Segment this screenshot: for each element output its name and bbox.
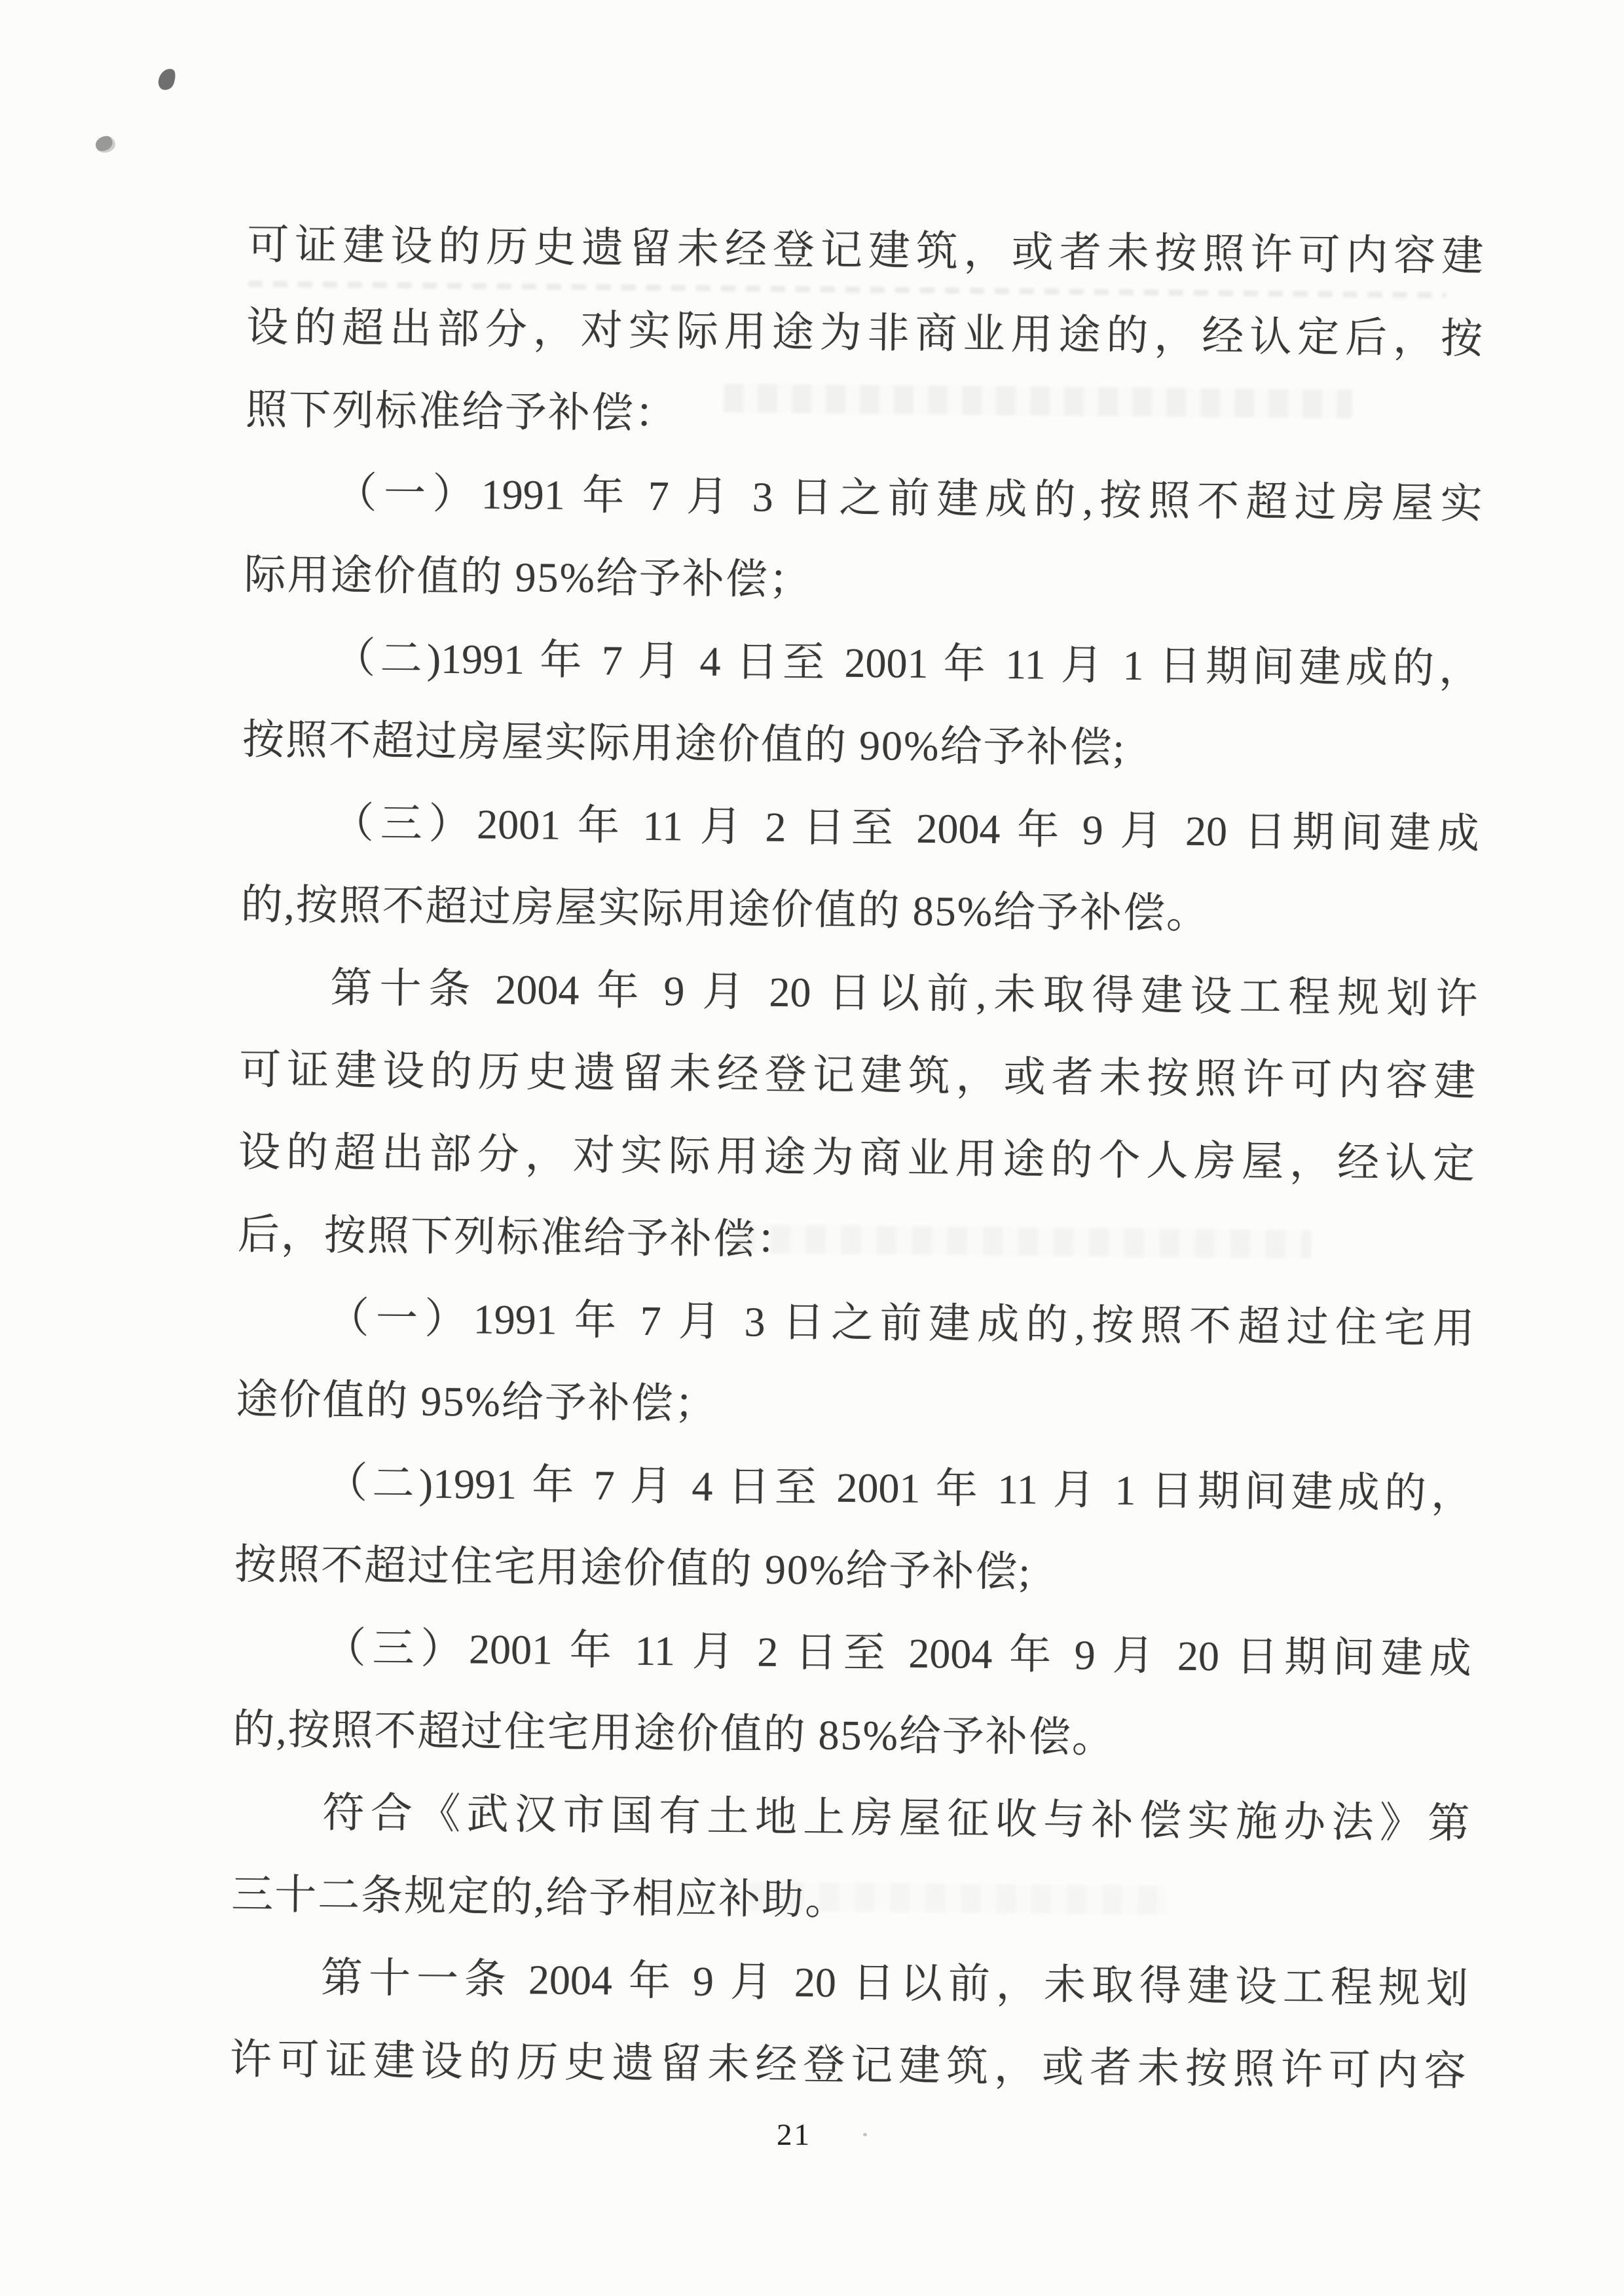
text-line: 按照不超过房屋实际用途价值的 90%给予补偿; — [242, 699, 1481, 793]
text-line: 际用途价值的 95%给予补偿； — [244, 534, 1482, 628]
ink-speck — [156, 66, 178, 92]
text-line: 途价值的 95%给予补偿； — [236, 1358, 1474, 1453]
text-line: 三十二条规定的,给予相应补助。 — [231, 1853, 1469, 1948]
text-line: 第十一条 2004 年 9 月 20 日以前，未取得建设工程规划 — [230, 1936, 1468, 2030]
text-line: 第十条 2004 年 9 月 20 日以前,未取得建设工程规划许 — [240, 946, 1478, 1040]
text-line: （三）2001 年 11 月 2 日至 2004 年 9 月 20 日期间建成 — [233, 1606, 1471, 1700]
text-line: （二)1991 年 7 月 4 日至 2001 年 11 月 1 日期间建成的， — [243, 616, 1481, 710]
text-line: 许可证建设的历史遗留未经登记建筑，或者未按照许可内容 — [229, 2018, 1467, 2113]
text-line: 设的超出部分，对实际用途为商业用途的个人房屋，经认定 — [238, 1111, 1476, 1205]
ink-speck — [863, 2133, 867, 2136]
text-line: 后，按照下列标准给予补偿： — [237, 1194, 1475, 1288]
text-line: （一）1991 年 7 月 3 日之前建成的,按照不超过住宅用 — [236, 1276, 1475, 1370]
text-line: 按照不超过住宅用途价值的 90%给予补偿; — [234, 1523, 1472, 1618]
text-line: （一）1991 年 7 月 3 日之前建成的,按照不超过房屋实 — [244, 451, 1483, 545]
ink-speck — [94, 135, 116, 154]
text-line: （二)1991 年 7 月 4 日至 2001 年 11 月 1 日期间建成的， — [235, 1441, 1473, 1535]
text-line: 设的超出部分，对实际用途为非商业用途的，经认定后，按 — [246, 286, 1485, 380]
document-text-block: 可证建设的历史遗留未经登记建筑，或者未按照许可内容建 设的超出部分，对实际用途为… — [229, 204, 1485, 2113]
text-line: 照下列标准给予补偿： — [245, 369, 1483, 463]
text-line: 符合《武汉市国有土地上房屋征收与补偿实施办法》第 — [232, 1771, 1470, 1865]
document-page: 可证建设的历史遗留未经登记建筑，或者未按照许可内容建 设的超出部分，对实际用途为… — [0, 0, 1624, 2296]
text-line: 的,按照不超过房屋实际用途价值的 85%给予补偿。 — [240, 864, 1479, 958]
text-line: 可证建设的历史遗留未经登记建筑，或者未按照许可内容建 — [247, 204, 1485, 298]
text-line: 的,按照不超过住宅用途价值的 85%给予补偿。 — [232, 1688, 1471, 1783]
text-line: （三）2001 年 11 月 2 日至 2004 年 9 月 20 日期间建成 — [241, 781, 1479, 875]
text-line: 可证建设的历史遗留未经登记建筑，或者未按照许可内容建 — [239, 1029, 1477, 1123]
page-number: 21 — [777, 2117, 811, 2153]
